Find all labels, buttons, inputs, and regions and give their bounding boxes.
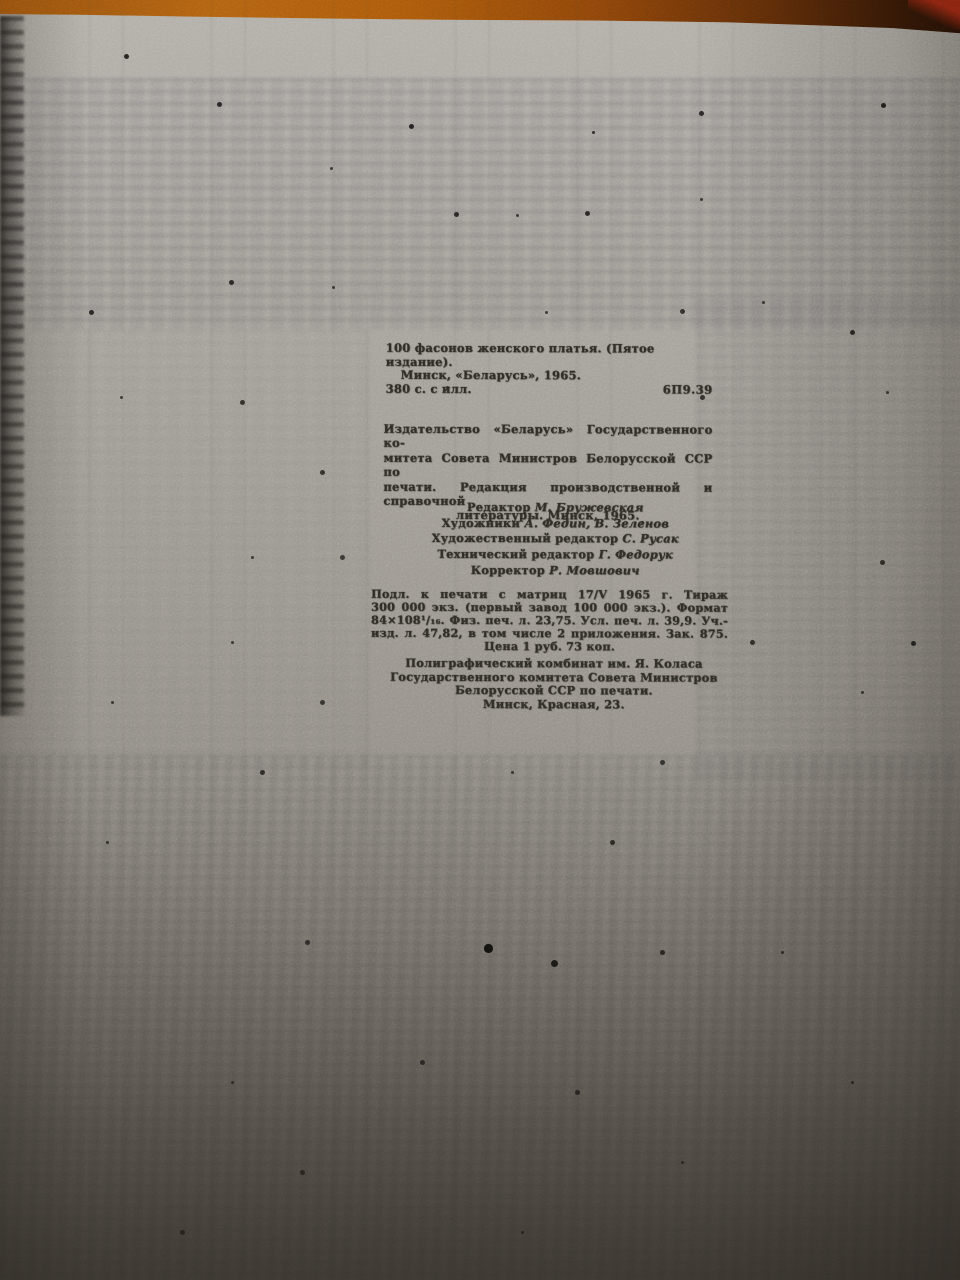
credit-line: Технический редактор Г. Федорук [358, 547, 752, 564]
credits-block: Редактор М. Бружевская Художники А. Феди… [358, 500, 752, 580]
price-line: Цена 1 руб. 73 коп. [371, 640, 728, 654]
bib-pages: 380 с. с илл. [386, 383, 472, 397]
bib-title-line: 100 фасонов женского платья. (Пятое изда… [386, 342, 713, 370]
credit-role: Редактор [467, 500, 531, 514]
credit-name: А. Федин, В. Зеленов [524, 516, 669, 530]
credit-role: Корректор [471, 563, 545, 577]
text-line: Минск, Красная, 23. [360, 697, 748, 712]
text-line: Издательство «Беларусь» Государственного… [383, 422, 712, 452]
classification-code: 6П9.39 [663, 383, 713, 397]
credit-line: Редактор М. Бружевская [358, 500, 752, 517]
credit-name: Р. Мовшович [549, 563, 640, 577]
credit-name: С. Русак [622, 532, 678, 546]
credit-role: Художники [442, 516, 521, 530]
printing-plant-block: Полиграфический комбинат им. Я. Коласа Г… [360, 657, 748, 712]
photo-of-book-imprint-page: 100 фасонов женского платья. (Пятое изда… [0, 0, 960, 1280]
print-data-block: Подл. к печати с матриц 17/V 1965 г. Тир… [371, 588, 728, 654]
credit-name: Г. Федорук [599, 547, 673, 561]
credit-line: Корректор Р. Мовшович [358, 562, 752, 579]
credit-line: Художники А. Федин, В. Зеленов [358, 515, 752, 532]
text-line: Белорусской ССР по печати. [360, 684, 748, 699]
bibliographic-entry: 100 фасонов женского платья. (Пятое изда… [386, 342, 713, 397]
imprint-text: 100 фасонов женского платья. (Пятое изда… [0, 0, 960, 1280]
credit-role: Художественный редактор [432, 531, 619, 545]
text-line: митета Совета Министров Белорусской ССР … [383, 451, 712, 481]
credit-name: М. Бружевская [535, 500, 644, 514]
credit-role: Технический редактор [437, 547, 594, 561]
credit-line: Художественный редактор С. Русак [358, 531, 752, 548]
bib-pages-line: 380 с. с илл. 6П9.39 [386, 383, 713, 397]
